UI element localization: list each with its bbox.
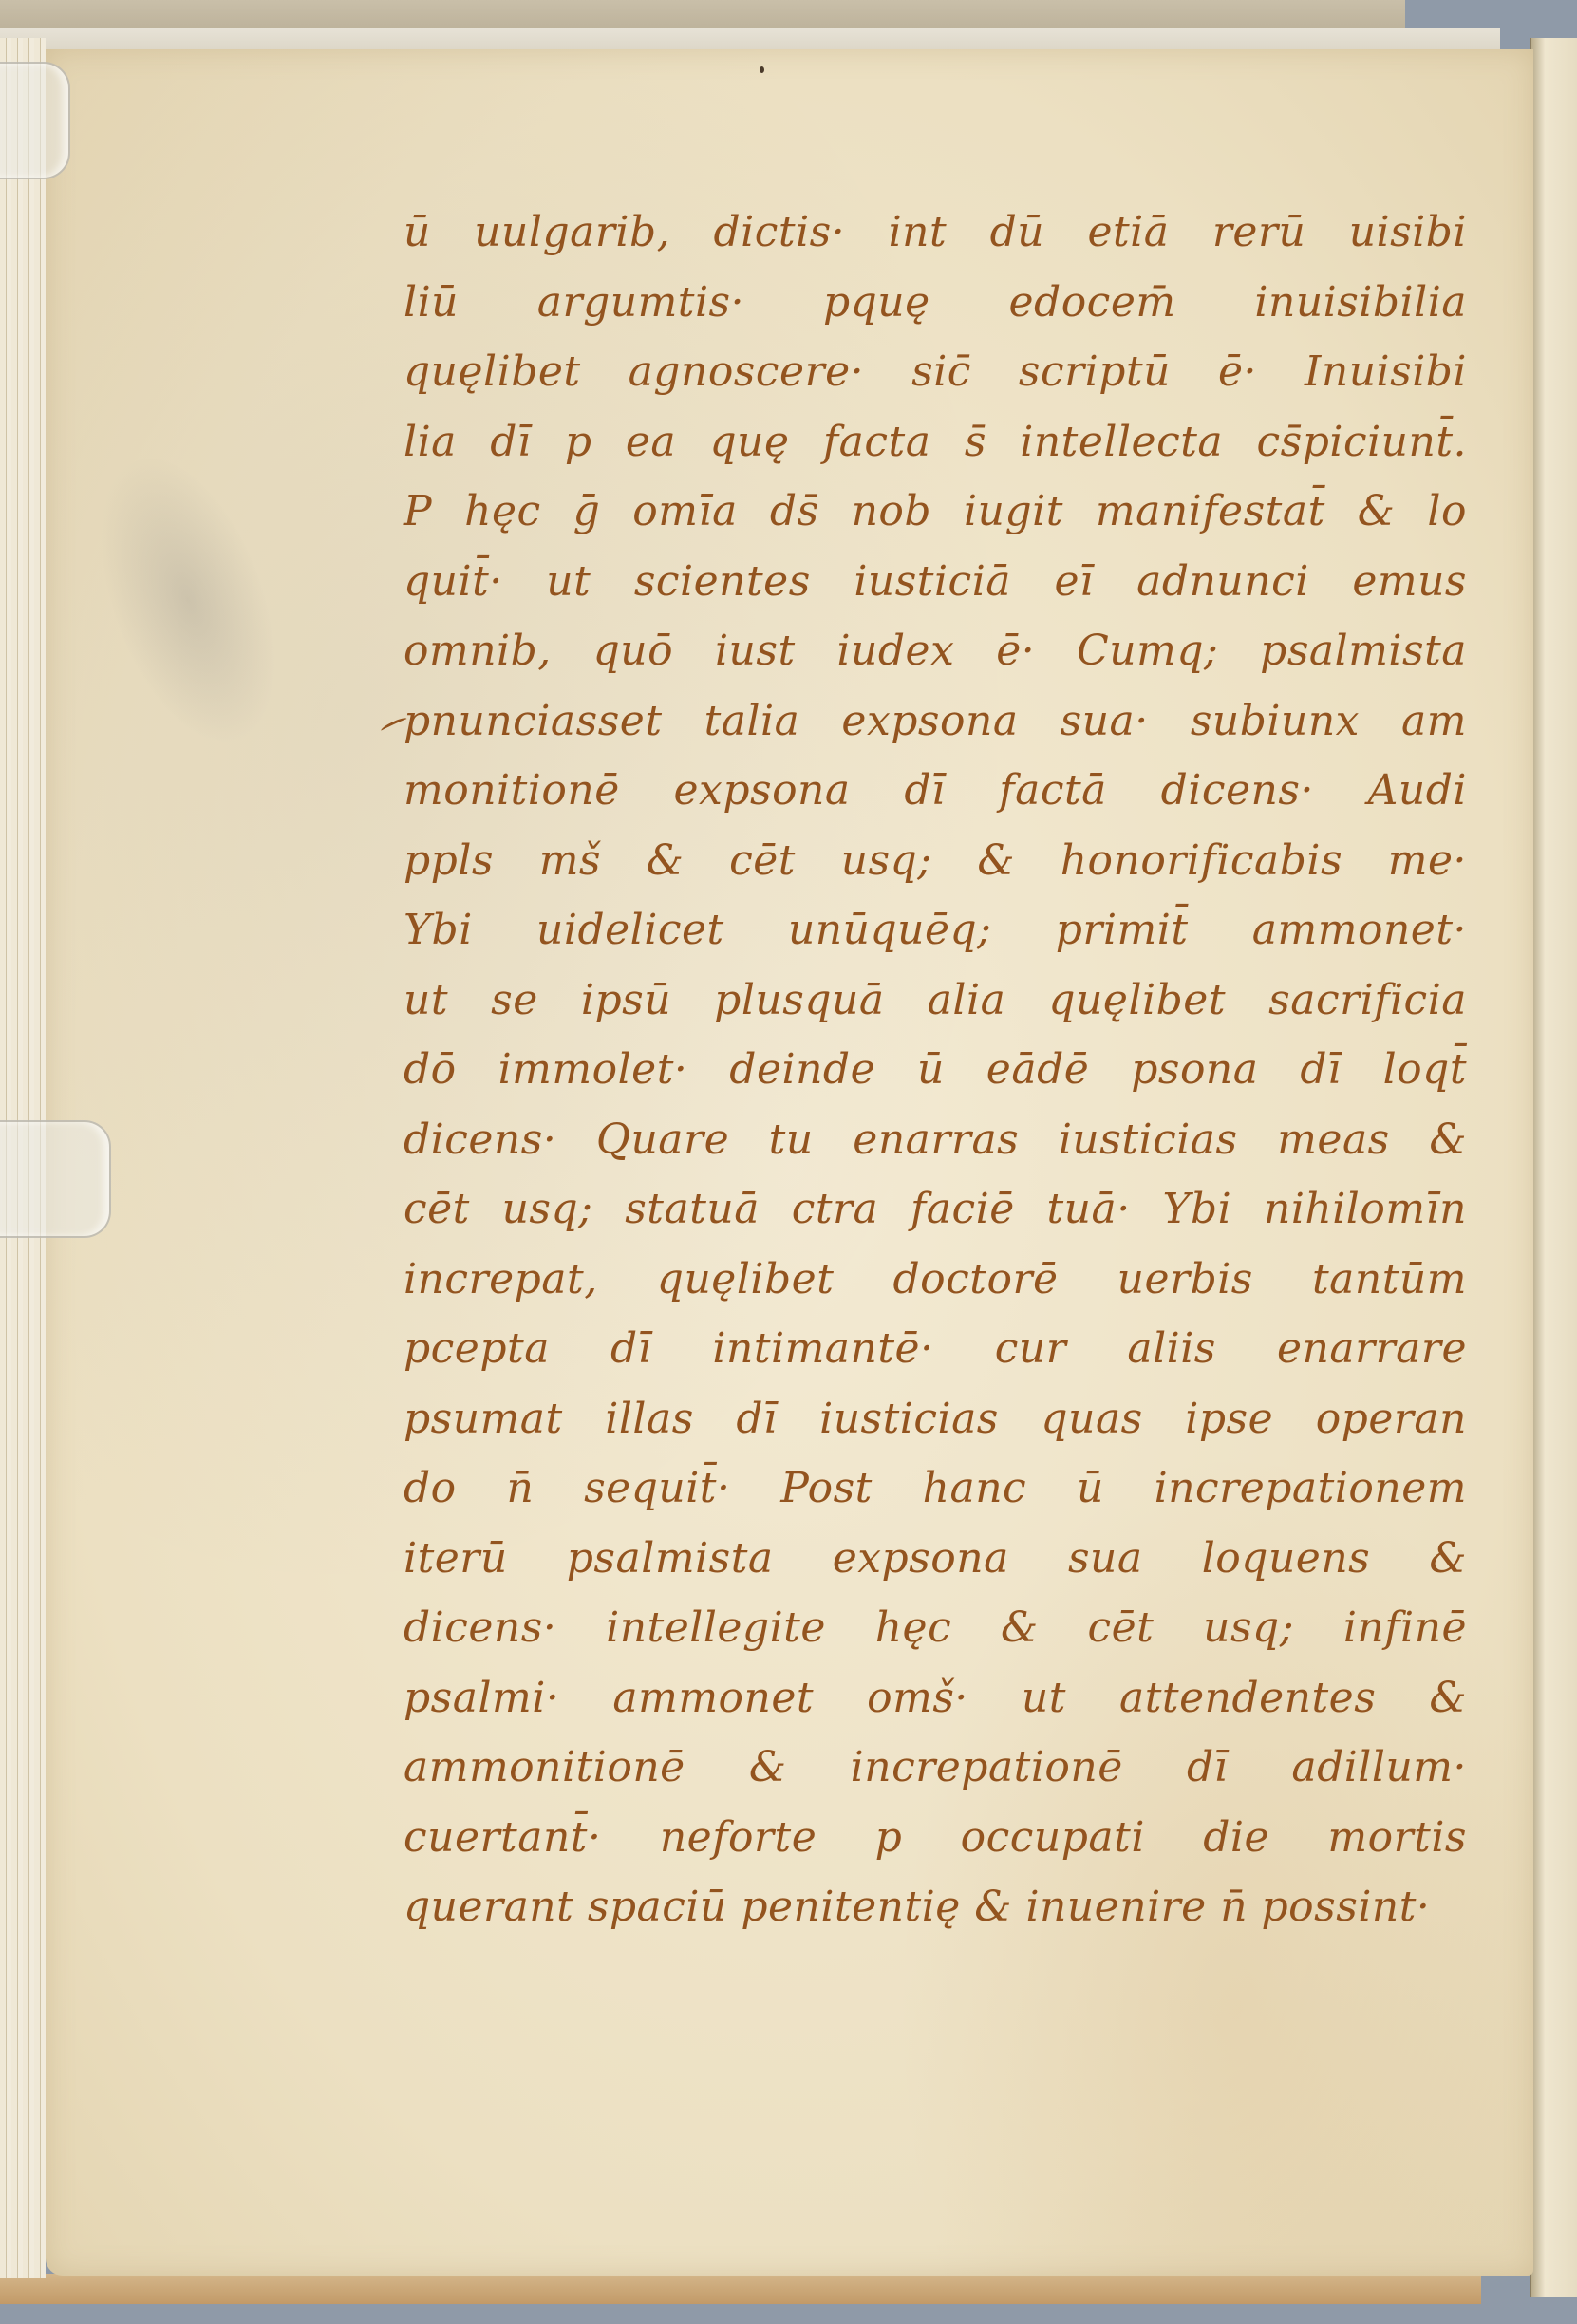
text-line-9: monitionē expsona dī factā dicens· Audi: [404, 756, 1467, 826]
text-line-19: do n̄ sequit̄· Post hanc ū increpationem: [404, 1453, 1467, 1524]
stain-mark: [65, 431, 311, 768]
text-line-16: increpat, quęlibet doctorē uerbis tantūm: [404, 1245, 1467, 1315]
text-line-17: pcepta dī intimantē· cur aliis enarrare: [404, 1314, 1467, 1384]
text-line-23: ammonitionē & increpationē dī adillum·: [404, 1733, 1467, 1803]
text-block: ū uulgarib, dictis· int dū etiā rerū uis…: [404, 197, 1467, 1942]
binding-bottom-edge: [0, 2274, 1481, 2304]
text-line-20: iterū psalmista expsona sua loquens &: [404, 1524, 1467, 1594]
text-line-8: pnunciasset talia expsona sua· subiunx a…: [404, 686, 1467, 757]
text-line-24: cuertant̄· neforte p occupati die mortis: [404, 1803, 1467, 1873]
text-line-5: P hęc ḡ omīa ds̄ nob iugit manifestat̄ &…: [404, 477, 1467, 547]
text-line-12: ut se ipsū plusquā alia quęlibet sacrifi…: [404, 965, 1467, 1036]
text-line-2: liū argumtis· pquę edocem̄ inuisibilia: [404, 268, 1467, 338]
text-line-18: psumat illas dī iusticias quas ipse oper…: [404, 1384, 1467, 1454]
manuscript-scan: ū uulgarib, dictis· int dū etiā rerū uis…: [0, 0, 1577, 2324]
text-line-11: Ybi uidelicet unūquēq; primit̄ ammonet·: [404, 895, 1467, 965]
text-line-7: omnib, quō iust iudex ē· Cumq; psalmista: [404, 616, 1467, 686]
plastic-page-clip-top: [0, 62, 70, 179]
text-line-4: lia dī p ea quę facta s̄ intellecta cs̄p…: [404, 407, 1467, 478]
text-line-13: dō immolet· deinde ū eādē psona dī loqt̄: [404, 1035, 1467, 1105]
text-line-6: quit̄· ut scientes iusticiā eī adnunci e…: [404, 547, 1467, 617]
text-line-10: ppls mš & cēt usq; & honorificabis me·: [404, 826, 1467, 896]
plastic-page-clip-middle: [0, 1120, 111, 1238]
text-line-25: querant spaciū penitentię & inuenire n̄ …: [404, 1872, 1467, 1942]
text-line-22: psalmi· ammonet omš· ut attendentes &: [404, 1663, 1467, 1734]
text-line-14: dicens· Quare tu enarras iusticias meas …: [404, 1105, 1467, 1175]
right-gutter-facing-page: [1530, 38, 1577, 2297]
text-line-3: quęlibet agnoscere· sic̄ scriptū ē· Inui…: [404, 337, 1467, 407]
ink-speck: [760, 66, 764, 73]
text-line-21: dicens· intellegite hęc & cēt usq; infin…: [404, 1593, 1467, 1663]
text-line-15: cēt usq; statuā ctra faciē tuā· Ybi nihi…: [404, 1174, 1467, 1245]
text-line-1: ū uulgarib, dictis· int dū etiā rerū uis…: [404, 197, 1467, 268]
